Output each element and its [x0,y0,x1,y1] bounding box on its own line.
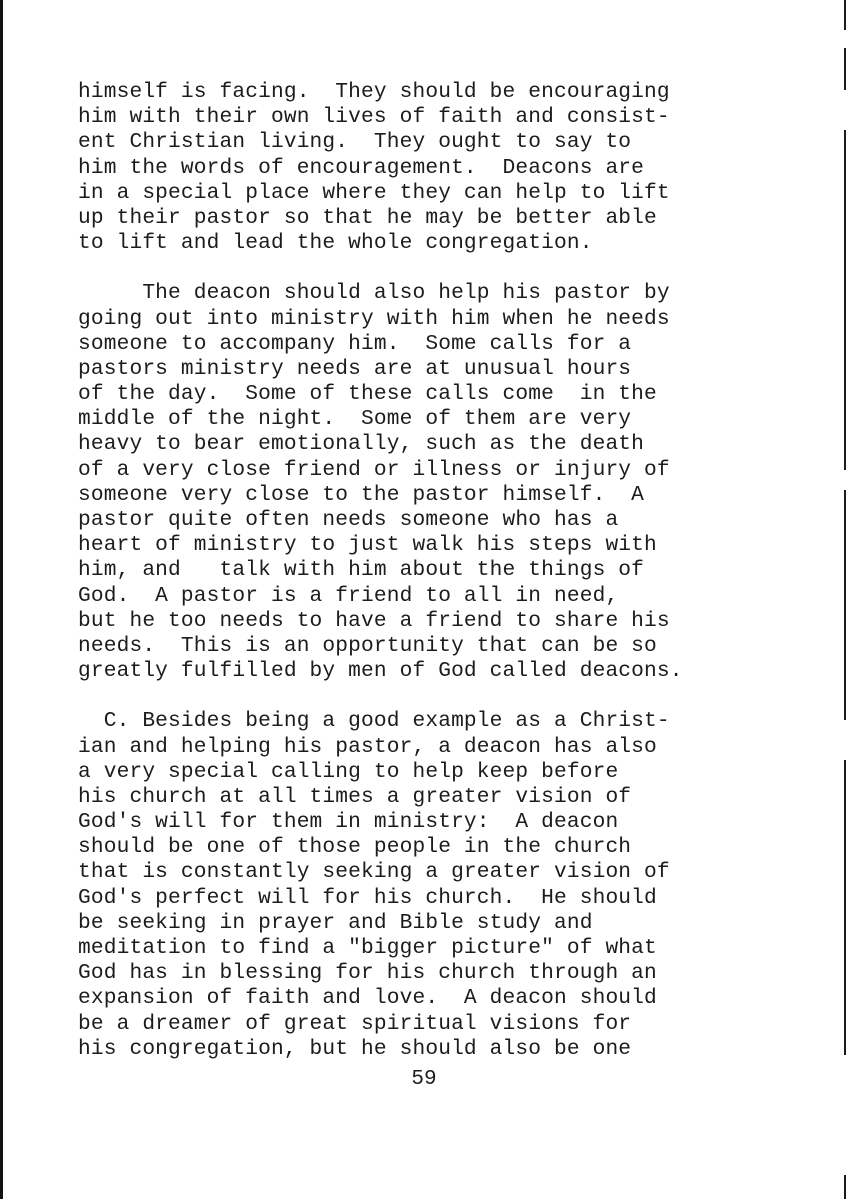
paragraph: The deacon should also help his pastor b… [78,281,798,684]
text-line: greatly fulfilled by men of God called d… [78,659,798,684]
text-line: ent Christian living. They ought to say … [78,130,798,155]
text-line: needs. This is an opportunity that can b… [78,634,798,659]
text-line: God's will for them in ministry: A deaco… [78,810,798,835]
text-line: be a dreamer of great spiritual visions … [78,1012,798,1037]
text-line: ian and helping his pastor, a deacon has… [78,735,798,760]
text-line: be seeking in prayer and Bible study and [78,911,798,936]
text-line: his congregation, but he should also be … [78,1037,798,1062]
text-line: but he too needs to have a friend to sha… [78,609,798,634]
text-line: of the day. Some of these calls come in … [78,382,798,407]
scan-edge-gap [843,30,847,48]
scan-edge-gap [843,90,847,130]
text-line: God. A pastor is a friend to all in need… [78,584,798,609]
text-line: to lift and lead the whole congregation. [78,231,798,256]
text-line: The deacon should also help his pastor b… [78,281,798,306]
text-line: himself is facing. They should be encour… [78,80,798,105]
text-line: God has in blessing for his church throu… [78,961,798,986]
scan-left-edge [0,0,3,1199]
text-line: someone very close to the pastor himself… [78,483,798,508]
text-line: of a very close friend or illness or inj… [78,458,798,483]
text-line: someone to accompany him. Some calls for… [78,332,798,357]
text-line: God's perfect will for his church. He sh… [78,886,798,911]
text-line: going out into ministry with him when he… [78,307,798,332]
text-line: heart of ministry to just walk his steps… [78,533,798,558]
text-line: his church at all times a greater vision… [78,785,798,810]
scan-edge-gap [843,470,847,490]
text-line: C. Besides being a good example as a Chr… [78,709,798,734]
text-line: him the words of encouragement. Deacons … [78,156,798,181]
document-page: himself is facing. They should be encour… [78,80,798,1062]
scan-right-edge [844,0,846,1199]
text-line: should be one of those people in the chu… [78,835,798,860]
text-line: meditation to find a "bigger picture" of… [78,936,798,961]
text-line: heavy to bear emotionally, such as the d… [78,432,798,457]
text-line: that is constantly seeking a greater vis… [78,860,798,885]
text-line: in a special place where they can help t… [78,181,798,206]
text-line: up their pastor so that he may be better… [78,206,798,231]
text-line: him, and talk with him about the things … [78,558,798,583]
page-number: 59 [0,1068,848,1091]
text-line: pastor quite often needs someone who has… [78,508,798,533]
text-line: a very special calling to help keep befo… [78,760,798,785]
text-line: pastors ministry needs are at unusual ho… [78,357,798,382]
text-line: expansion of faith and love. A deacon sh… [78,986,798,1011]
text-line: him with their own lives of faith and co… [78,105,798,130]
scan-edge-gap [843,720,847,760]
paragraph: himself is facing. They should be encour… [78,80,798,256]
text-line: middle of the night. Some of them are ve… [78,407,798,432]
paragraph: C. Besides being a good example as a Chr… [78,709,798,1062]
